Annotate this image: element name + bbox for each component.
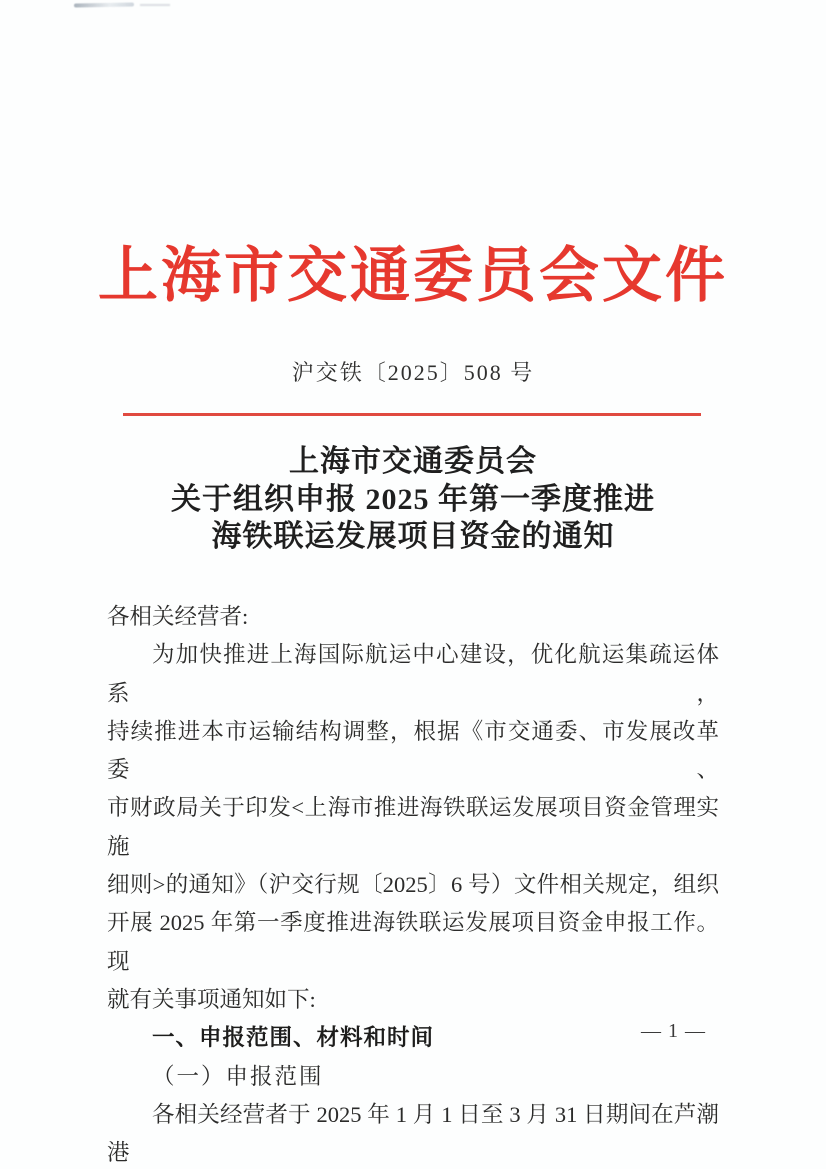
section-1-subheading: （一）申报范围 xyxy=(107,1058,719,1096)
paragraph-1-line-3: 市财政局关于印发<上海市推进海铁联运发展项目资金管理实施 xyxy=(107,789,719,866)
salutation: 各相关经营者: xyxy=(107,598,719,636)
scan-artifact xyxy=(74,2,134,7)
document-number: 沪交铁〔2025〕508 号 xyxy=(0,356,826,387)
document-page: 上海市交通委员会文件 沪交铁〔2025〕508 号 上海市交通委员会 关于组织申… xyxy=(0,0,826,1169)
red-separator-rule xyxy=(123,413,701,416)
paragraph-1-line-6: 就有关事项通知如下: xyxy=(107,981,719,1019)
notice-title-line-1: 上海市交通委员会 xyxy=(0,443,826,481)
scan-artifact-2 xyxy=(140,4,170,6)
paragraph-1-line-2: 持续推进本市运输结构调整，根据《市交通委、市发展改革委、 xyxy=(107,713,719,790)
page-number: — 1 — xyxy=(641,1020,706,1043)
paragraph-1-line-5: 开展 2025 年第一季度推进海铁联运发展项目资金申报工作。现 xyxy=(107,904,719,981)
notice-title-line-2: 关于组织申报 2025 年第一季度推进 xyxy=(0,481,826,519)
paragraph-2-line-1: 各相关经营者于 2025 年 1 月 1 日至 3 月 31 日期间在芦潮港 xyxy=(107,1096,719,1169)
notice-body: 各相关经营者: 为加快推进上海国际航运中心建设，优化航运集疏运体系， 持续推进本… xyxy=(107,598,719,1169)
paragraph-1-line-4: 细则>的通知》（沪交行规〔2025〕6 号）文件相关规定，组织 xyxy=(107,866,719,904)
notice-title: 上海市交通委员会 关于组织申报 2025 年第一季度推进 海铁联运发展项目资金的… xyxy=(0,443,826,556)
agency-letterhead-title: 上海市交通委员会文件 xyxy=(0,228,826,314)
section-1-heading: 一、申报范围、材料和时间 xyxy=(107,1019,719,1057)
notice-title-line-3: 海铁联运发展项目资金的通知 xyxy=(0,518,826,556)
paragraph-1-line-1: 为加快推进上海国际航运中心建设，优化航运集疏运体系， xyxy=(107,636,719,713)
